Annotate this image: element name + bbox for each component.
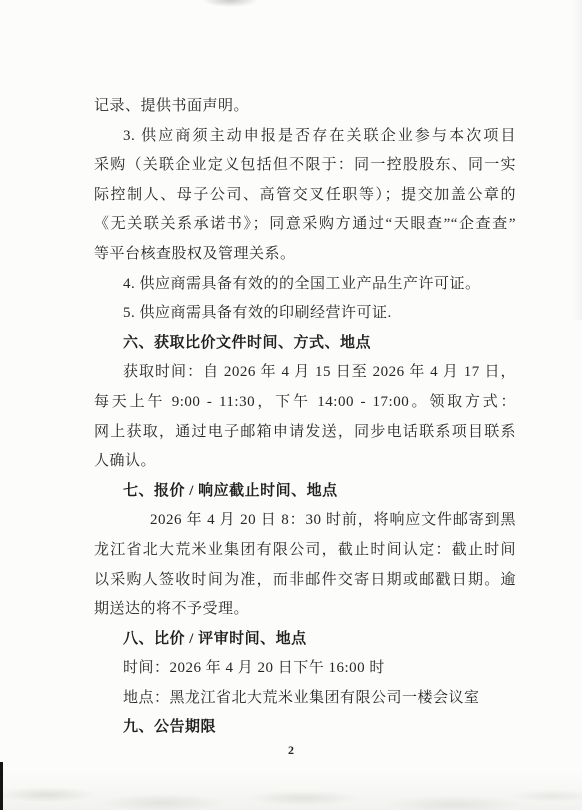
text-line: 5. 供应商需具备有效的印刷经营许可证. bbox=[94, 299, 516, 329]
text-line: 期送达的将不予受理。 bbox=[94, 595, 516, 625]
text-line: 等平台核查股权及管理关系。 bbox=[94, 240, 516, 270]
scanned-document-page: 记录、提供书面声明。3. 供应商须主动申报是否存在关联企业参与本次项目采购（关联… bbox=[0, 0, 582, 810]
scan-edge-tint-right bbox=[573, 0, 582, 320]
text-line: 网上获取，通过电子邮箱申请发送，同步电话联系项目联系 bbox=[94, 418, 516, 448]
text-line: 《无关联关系承诺书》；同意采购方通过“天眼查”“企查查” bbox=[94, 210, 516, 240]
text-line: 以采购人签收时间为准，而非邮件交寄日期或邮戳日期。逾 bbox=[94, 566, 516, 596]
text-line: 地点：黑龙江省北大荒米业集团有限公司一楼会议室 bbox=[94, 684, 516, 714]
text-line: 3. 供应商须主动申报是否存在关联企业参与本次项目 bbox=[94, 122, 516, 152]
text-line: 获取时间：自 2026 年 4 月 15 日至 2026 年 4 月 17 日， bbox=[94, 358, 516, 388]
text-line: 龙江省北大荒米业集团有限公司，截止时间认定：截止时间 bbox=[94, 536, 516, 566]
text-line: 时间：2026 年 4 月 20 日下午 16:00 时 bbox=[94, 654, 516, 684]
text-line: 记录、提供书面声明。 bbox=[94, 92, 516, 122]
scan-artifact-left-edge-mark bbox=[0, 762, 3, 810]
page-number: 2 bbox=[0, 743, 582, 758]
text-line: 每天上午 9:00 - 11:30，下午 14:00 - 17:00。领取方式： bbox=[94, 388, 516, 418]
text-line: 采购（关联企业定义包括但不限于：同一控股股东、同一实 bbox=[94, 151, 516, 181]
scan-artifact-bottom-band bbox=[0, 770, 582, 810]
text-line: 4. 供应商需具备有效的的全国工业产品生产许可证。 bbox=[94, 270, 516, 300]
text-line: 人确认。 bbox=[94, 447, 516, 477]
text-line: 八、比价 / 评审时间、地点 bbox=[94, 625, 516, 655]
text-line: 六、获取比价文件时间、方式、地点 bbox=[94, 329, 516, 359]
text-line: 际控制人、母子公司、高管交叉任职等）；提交加盖公章的 bbox=[94, 181, 516, 211]
text-line: 七、报价 / 响应截止时间、地点 bbox=[94, 477, 516, 507]
text-line: 九、公告期限 bbox=[94, 713, 516, 743]
text-line: 2026 年 4 月 20 日 8：30 时前，将响应文件邮寄到黑 bbox=[94, 506, 516, 536]
document-text-block: 记录、提供书面声明。3. 供应商须主动申报是否存在关联企业参与本次项目采购（关联… bbox=[94, 92, 516, 743]
scan-smudge-top bbox=[198, 0, 262, 9]
